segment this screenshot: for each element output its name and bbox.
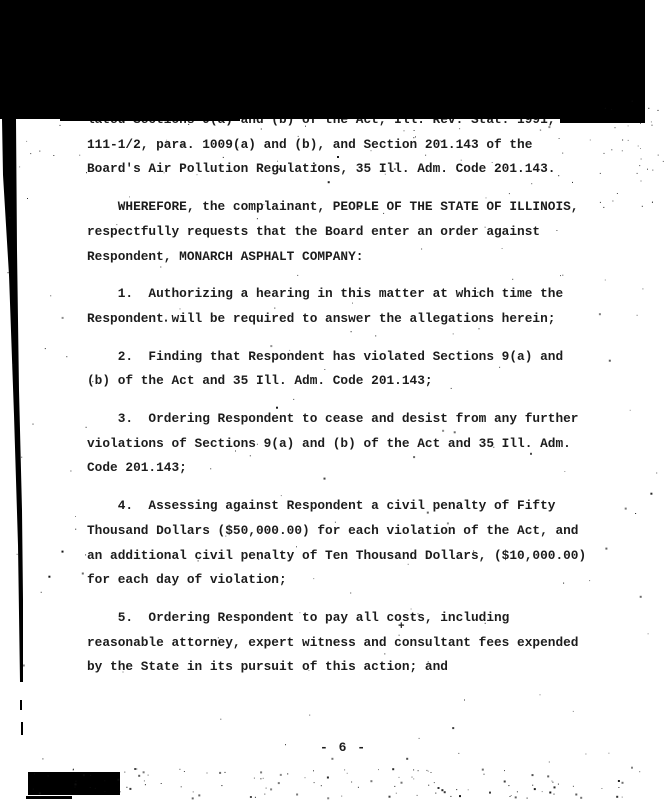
scan-noise-dot: [444, 791, 446, 793]
scan-noise-dot: [452, 727, 454, 729]
scan-noise-dot: [575, 794, 577, 796]
scan-noise-dot: [120, 791, 121, 792]
document-body: lated Sections 9(a) and (b) of the Act, …: [87, 108, 632, 680]
scan-noise-dot: [104, 780, 105, 781]
scan-noise-dot: [145, 784, 146, 785]
scan-noise-dot: [510, 796, 511, 797]
scan-noise-dot: [631, 767, 633, 769]
scan-noise-dot: [370, 780, 372, 782]
scan-noise-dot: [417, 795, 418, 796]
scan-noise-dot: [504, 781, 506, 783]
scan-noise-dot: [441, 789, 443, 791]
scan-noise-dot: [641, 159, 642, 160]
scan-noise-dot: [637, 173, 638, 174]
scan-noise-dot: [181, 786, 182, 787]
scan-noise-dot: [161, 783, 162, 784]
scan-noise-dot: [637, 315, 638, 316]
scan-noise-dot: [392, 768, 394, 770]
scan-noise-dot: [616, 796, 618, 798]
scan-noise-dot: [309, 715, 310, 716]
scan-noise-dot: [331, 758, 333, 760]
scan-noise-dot: [406, 758, 408, 760]
scan-noise-dot: [73, 769, 74, 770]
scan-noise-dot: [601, 788, 602, 789]
scan-noise-dot: [219, 772, 221, 774]
text-line: Thousand Dollars ($50,000.00) for each v…: [87, 519, 632, 544]
scan-noise-dot: [41, 592, 42, 593]
text-line: violations of Sections 9(a) and (b) of t…: [87, 432, 632, 457]
scan-noise-dot: [652, 170, 653, 171]
scan-noise-dot: [482, 769, 484, 771]
scan-noise-dot: [641, 181, 642, 182]
scan-noise-dot: [260, 771, 262, 773]
scan-noise-dot: [207, 773, 208, 774]
scan-noise-dot: [82, 573, 84, 575]
scan-noise-dot: [143, 771, 145, 773]
scan-noise-dot: [50, 295, 51, 296]
scan-noise-dot: [75, 787, 76, 788]
scan-noise-dot: [622, 797, 623, 798]
text-line: 111-1/2, para. 1009(a) and (b), and Sect…: [87, 133, 632, 158]
scan-artifact-left-dash-1: [20, 700, 22, 710]
scan-noise-dot: [515, 796, 517, 798]
request-item-5: 5. Ordering Respondent to pay all costs,…: [87, 606, 632, 680]
scan-noise-dot: [652, 202, 653, 203]
text-line: by the State in its pursuit of this acti…: [87, 655, 632, 680]
scan-noise-dot: [75, 516, 76, 517]
scan-noise-dot: [184, 771, 185, 772]
scan-noise-dot: [95, 788, 96, 789]
scan-noise-dot: [313, 770, 314, 771]
scan-noise-dot: [640, 148, 641, 149]
scan-noise-dot: [296, 794, 298, 796]
scan-noise-dot: [484, 774, 485, 775]
scan-noise-dot: [635, 513, 636, 514]
scan-noise-dot: [413, 778, 414, 779]
scan-noise-dot: [287, 773, 288, 774]
scan-noise-dot: [549, 762, 550, 763]
scan-noise-dot: [358, 787, 359, 788]
scan-noise-dot: [580, 797, 582, 799]
scan-artifact-top-band: [0, 0, 645, 119]
scan-noise-dot: [552, 782, 553, 783]
scan-noise-dot: [198, 794, 200, 796]
scan-noise-dot: [608, 753, 609, 754]
scan-noise-dot: [60, 125, 61, 126]
text-line: for each day of violation;: [87, 568, 632, 593]
scan-noise-dot: [104, 791, 105, 792]
scan-noise-dot: [504, 770, 505, 771]
page-number: - 6 -: [320, 740, 367, 755]
scan-noise-dot: [21, 457, 22, 458]
scan-noise-dot: [351, 782, 352, 783]
scan-noise-dot: [19, 166, 20, 167]
scan-noise-dot: [221, 785, 222, 786]
scan-noise-dot: [618, 780, 620, 782]
scan-noise-dot: [554, 794, 555, 795]
scan-noise-dot: [428, 785, 429, 786]
scan-noise-dot: [129, 788, 131, 790]
scan-noise-dot: [8, 272, 9, 273]
text-line: (b) of the Act and 35 Ill. Adm. Code 201…: [87, 369, 632, 394]
scan-noise-dot: [663, 161, 664, 162]
scan-noise-dot: [83, 774, 85, 776]
scan-noise-dot: [90, 775, 91, 776]
scan-noise-dot: [431, 772, 432, 773]
scan-noise-dot: [389, 796, 391, 798]
scan-noise-dot: [532, 785, 533, 786]
insertion-caret-mark: +: [398, 621, 405, 633]
scan-noise-dot: [264, 794, 265, 795]
scan-noise-dot: [220, 719, 221, 720]
scan-noise-dot: [134, 768, 136, 770]
scan-noise-dot: [468, 789, 469, 790]
scan-noise-dot: [413, 769, 414, 770]
scan-noise-dot: [399, 777, 400, 778]
scan-noise-dot: [321, 785, 322, 786]
scan-noise-dot: [305, 777, 306, 778]
scan-noise-dot: [640, 123, 641, 124]
scan-noise-dot: [225, 772, 226, 773]
request-item-2: 2. Finding that Respondent has violated …: [87, 345, 632, 394]
scan-noise-dot: [658, 155, 659, 156]
scan-noise-dot: [632, 101, 633, 102]
scan-noise-dot: [438, 787, 440, 789]
scan-noise-dot: [489, 792, 491, 794]
scan-noise-dot: [517, 791, 518, 792]
scan-noise-dot: [450, 796, 451, 797]
scan-noise-dot: [148, 775, 149, 776]
scan-noise-dot: [508, 785, 509, 786]
scan-noise-dot: [3, 155, 4, 156]
scan-noise-dot: [33, 424, 34, 425]
scan-noise-dot: [396, 793, 397, 794]
text-line: 5. Ordering Respondent to pay all costs,…: [87, 606, 632, 631]
scan-noise-dot: [45, 348, 46, 349]
scan-noise-dot: [418, 770, 419, 771]
scan-noise-dot: [124, 772, 125, 773]
scan-noise-dot: [280, 774, 282, 776]
scan-noise-dot: [9, 217, 10, 218]
text-line: Board's Air Pollution Regulations, 35 Il…: [87, 157, 632, 182]
scan-noise-dot: [90, 787, 91, 788]
scan-noise-dot: [642, 206, 643, 207]
scan-noise-dot: [341, 796, 342, 797]
scan-noise-dot: [34, 773, 35, 774]
scan-noise-dot: [278, 782, 280, 784]
text-line: WHEREFORE, the complainant, PEOPLE OF TH…: [87, 195, 632, 220]
scan-noise-dot: [254, 778, 255, 779]
scan-noise-dot: [573, 711, 574, 712]
scan-noise-dot: [542, 791, 543, 792]
scan-noise-dot: [23, 665, 25, 667]
scan-noise-dot: [549, 792, 551, 794]
text-line: Respondent, MONARCH ASPHALT COMPANY:: [87, 245, 632, 270]
scan-noise-dot: [532, 774, 534, 776]
text-line: 2. Finding that Respondent has violated …: [87, 345, 632, 370]
scan-noise-dot: [434, 782, 435, 783]
scan-noise-dot: [658, 110, 659, 111]
scan-noise-dot: [458, 753, 459, 754]
scan-artifact-bottom-left-block: [28, 772, 120, 795]
scan-noise-dot: [66, 356, 67, 357]
scan-noise-dot: [428, 771, 429, 772]
scan-noise-dot: [642, 288, 643, 289]
scan-noise-dot: [138, 775, 140, 777]
scan-noise-dot: [618, 787, 619, 788]
scan-noise-dot: [263, 778, 264, 779]
scan-noise-dot: [17, 554, 18, 555]
scan-noise-dot: [327, 797, 329, 799]
scan-noise-dot: [527, 798, 528, 799]
scan-noise-dot: [650, 493, 652, 495]
scan-noise-dot: [266, 788, 267, 789]
scan-noise-dot: [652, 202, 653, 203]
scan-noise-dot: [33, 789, 34, 790]
scan-noise-dot: [250, 796, 252, 798]
statute-citation-continued: lated Sections 9(a) and (b) of the Act, …: [87, 108, 632, 182]
text-line: respectfully requests that the Board ent…: [87, 220, 632, 245]
scan-noise-dot: [75, 781, 76, 782]
scan-noise-dot: [48, 576, 50, 578]
scan-noise-dot: [648, 108, 649, 109]
scan-artifact-left-strip: [2, 119, 23, 682]
scan-noise-dot: [75, 529, 76, 530]
text-line: lated Sections 9(a) and (b) of the Act, …: [87, 108, 632, 133]
text-line: 4. Assessing against Respondent a civil …: [87, 494, 632, 519]
scan-noise-dot: [126, 787, 127, 788]
scan-noise-dot: [270, 788, 272, 790]
wherefore-clause: WHEREFORE, the complainant, PEOPLE OF TH…: [87, 195, 632, 269]
scan-noise-dot: [117, 779, 119, 781]
text-line: Respondent will be required to answer th…: [87, 307, 632, 332]
scan-noise-dot: [144, 780, 145, 781]
scan-noise-dot: [464, 700, 465, 701]
scan-noise-dot: [435, 793, 436, 794]
scan-noise-dot: [534, 788, 536, 790]
scan-noise-dot: [70, 471, 71, 472]
scan-noise-dot: [314, 782, 315, 783]
scan-noise-dot: [79, 155, 80, 156]
scan-noise-dot: [73, 769, 74, 770]
scan-noise-dot: [640, 596, 642, 598]
scan-noise-dot: [456, 789, 457, 790]
scan-noise-dot: [551, 781, 552, 782]
scan-noise-dot: [419, 738, 420, 739]
text-line: 3. Ordering Respondent to cease and desi…: [87, 407, 632, 432]
scan-noise-dot: [53, 155, 54, 156]
scan-noise-dot: [75, 783, 77, 785]
scan-noise-dot: [42, 758, 43, 759]
scanned-document-page: { "colors": { "paper": "#ffffff", "ink":…: [0, 0, 666, 800]
scan-noise-dot: [13, 364, 14, 365]
scan-noise-dot: [62, 317, 64, 319]
scan-noise-dot: [255, 797, 256, 798]
text-line: Code 201.143;: [87, 456, 632, 481]
text-line: reasonable attorney, expert witness and …: [87, 631, 632, 656]
scan-noise-dot: [585, 754, 586, 755]
scan-noise-dot: [39, 151, 40, 152]
scan-noise-dot: [652, 125, 653, 126]
scan-noise-dot: [459, 795, 461, 797]
scan-noise-dot: [622, 782, 624, 784]
scan-noise-dot: [192, 797, 194, 799]
text-line: an additional civil penalty of Ten Thous…: [87, 544, 632, 569]
scan-artifact-bottom-left-line: [26, 796, 72, 799]
scan-noise-dot: [547, 775, 549, 777]
text-line: 1. Authorizing a hearing in this matter …: [87, 282, 632, 307]
scan-noise-dot: [136, 769, 137, 770]
request-item-3: 3. Ordering Respondent to cease and desi…: [87, 407, 632, 481]
scan-noise-dot: [639, 165, 640, 166]
scan-noise-dot: [412, 777, 413, 778]
scan-noise-dot: [573, 786, 574, 787]
scan-noise-dot: [179, 769, 180, 770]
scan-noise-dot: [639, 771, 640, 772]
request-item-1: 1. Authorizing a hearing in this matter …: [87, 282, 632, 331]
scan-noise-dot: [401, 782, 403, 784]
scan-noise-dot: [30, 153, 31, 154]
scan-noise-dot: [327, 777, 329, 779]
scan-noise-dot: [344, 769, 345, 770]
scan-noise-dot: [285, 744, 286, 745]
request-item-4: 4. Assessing against Respondent a civil …: [87, 494, 632, 593]
scan-noise-dot: [511, 795, 512, 796]
scan-noise-dot: [554, 786, 556, 788]
scan-noise-dot: [48, 775, 49, 776]
scan-noise-dot: [651, 121, 652, 122]
scan-noise-dot: [62, 551, 64, 553]
scan-noise-dot: [39, 792, 41, 794]
scan-noise-dot: [193, 791, 194, 792]
scan-noise-dot: [558, 784, 559, 785]
scan-artifact-left-dash-2: [21, 722, 23, 735]
scan-noise-dot: [648, 633, 649, 634]
scan-noise-dot: [426, 770, 427, 771]
scan-noise-dot: [347, 773, 348, 774]
scan-noise-dot: [394, 786, 395, 787]
scan-noise-dot: [27, 198, 28, 199]
scan-noise-dot: [656, 473, 657, 474]
scan-noise-dot: [378, 769, 379, 770]
scan-noise-dot: [26, 141, 27, 142]
scan-noise-dot: [260, 778, 261, 779]
scan-noise-dot: [9, 273, 10, 274]
scan-noise-dot: [647, 169, 648, 170]
scan-noise-dot: [85, 554, 86, 555]
scan-noise-dot: [638, 146, 639, 147]
scan-noise-dot: [540, 694, 541, 695]
